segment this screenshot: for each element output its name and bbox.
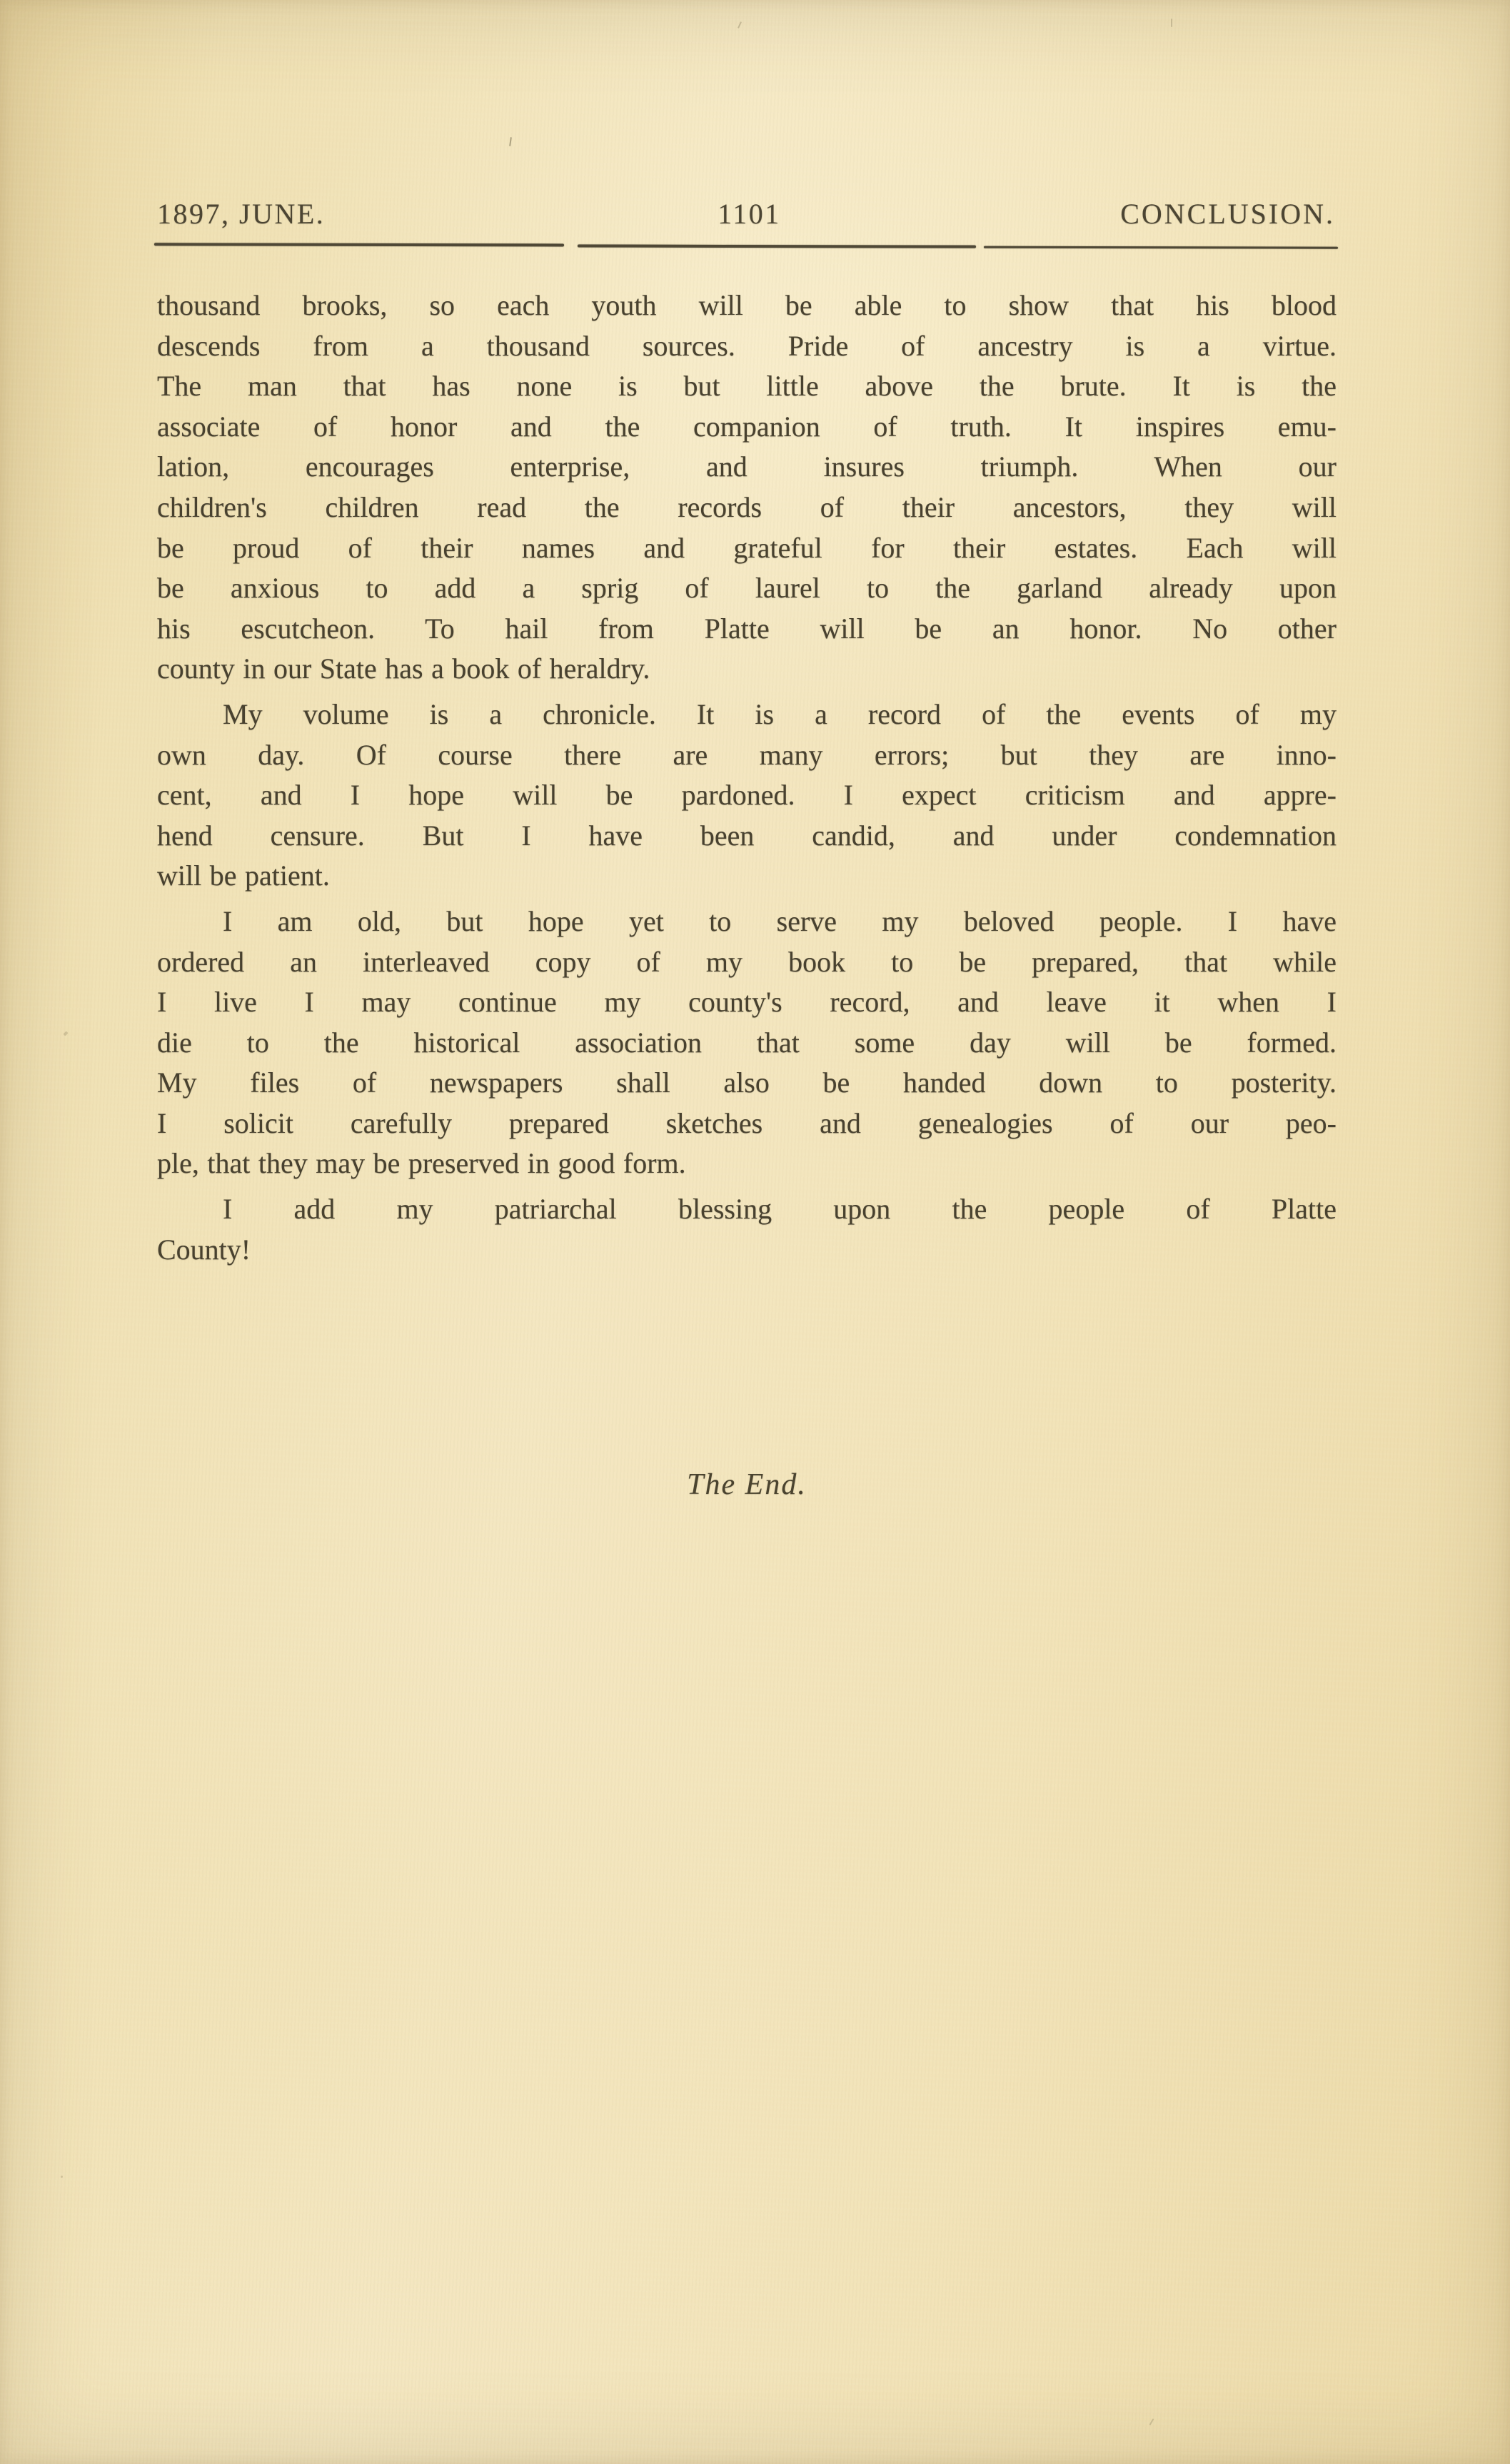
text-line: I add my patriarchal blessing upon the p… xyxy=(157,1189,1337,1230)
header-section-title: CONCLUSION. xyxy=(1120,197,1335,231)
text-line: The man that has none is but little abov… xyxy=(157,366,1337,407)
text-line: My files of newspapers shall also be han… xyxy=(157,1063,1337,1104)
the-end-label: The End. xyxy=(157,1468,1337,1502)
text-line: I live I may continue my county's record… xyxy=(157,982,1337,1023)
paragraph: I add my patriarchal blessing upon the p… xyxy=(157,1189,1337,1270)
header-rule-segment xyxy=(154,243,564,246)
header-page-number: 1101 xyxy=(718,197,781,231)
text-line: ordered an interleaved copy of my book t… xyxy=(157,942,1337,983)
text-line: own day. Of course there are many errors… xyxy=(157,735,1337,776)
text-line: associate of honor and the companion of … xyxy=(157,407,1337,448)
text-line: county in our State has a book of herald… xyxy=(157,649,1337,690)
scan-speck xyxy=(1171,19,1172,27)
scan-speck xyxy=(61,2176,63,2178)
paragraph: My volume is a chronicle. It is a record… xyxy=(157,695,1337,897)
running-head: 1897, JUNE. 1101 CONCLUSION. xyxy=(157,197,1337,230)
scanned-book-page: { "page": { "header": { "left": "1897, J… xyxy=(0,0,1510,2464)
text-line: will be patient. xyxy=(157,856,1337,897)
text-line: I am old, but hope yet to serve my belov… xyxy=(157,902,1337,942)
text-line: hend censure. But I have been candid, an… xyxy=(157,816,1337,857)
text-line: County! xyxy=(157,1230,1337,1271)
text-line: My volume is a chronicle. It is a record… xyxy=(157,695,1337,735)
text-line: lation, encourages enterprise, and insur… xyxy=(157,447,1337,488)
text-line: I solicit carefully prepared sketches an… xyxy=(157,1104,1337,1144)
text-line: be proud of their names and grateful for… xyxy=(157,528,1337,569)
header-rule-segment xyxy=(984,246,1338,248)
text-line: descends from a thousand sources. Pride … xyxy=(157,326,1337,367)
text-line: children's children read the records of … xyxy=(157,488,1337,528)
text-line: thousand brooks, so each youth will be a… xyxy=(157,286,1337,326)
text-line: die to the historical association that s… xyxy=(157,1023,1337,1064)
paragraph: I am old, but hope yet to serve my belov… xyxy=(157,902,1337,1184)
text-line: ple, that they may be preserved in good … xyxy=(157,1143,1337,1184)
header-date: 1897, JUNE. xyxy=(157,197,325,231)
header-rule-segment xyxy=(578,245,976,248)
text-line: cent, and I hope will be pardoned. I exp… xyxy=(157,775,1337,816)
text-block: thousand brooks, so each youth will be a… xyxy=(157,286,1337,1275)
paragraph: thousand brooks, so each youth will be a… xyxy=(157,286,1337,690)
text-line: his escutcheon. To hail from Platte will… xyxy=(157,609,1337,650)
text-line: be anxious to add a sprig of laurel to t… xyxy=(157,568,1337,609)
